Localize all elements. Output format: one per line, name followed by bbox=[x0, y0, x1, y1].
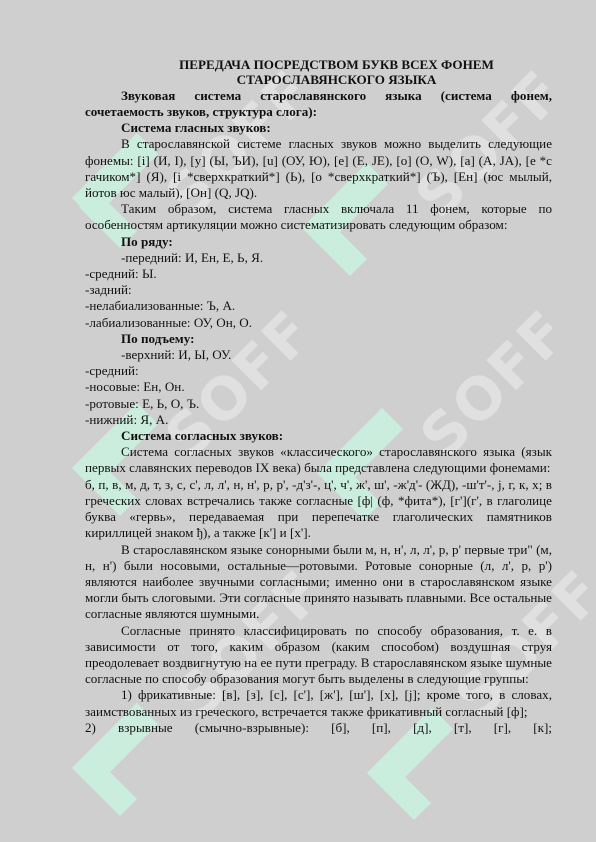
intro-heading: Звуковая система старославянского языка … bbox=[85, 88, 552, 120]
vowels-paragraph-1: В старославянской системе гласных звуков… bbox=[85, 136, 552, 201]
document-page: ПЕРЕДАЧА ПОСРЕДСТВОМ БУКВ ВСЕХ ФОНЕМ СТА… bbox=[85, 57, 552, 736]
by-rise-item: -нижний: Я, А. bbox=[85, 412, 552, 428]
by-row-item: -лабиализованные: ОУ, Он, О. bbox=[85, 315, 552, 331]
consonants-heading: Система согласных звуков: bbox=[85, 428, 552, 444]
consonants-paragraph-2: б, п, в, м, д, т, з, с, с', л, л', н, н'… bbox=[85, 477, 552, 542]
by-row-item: -нелабиализованные: Ъ, А. bbox=[85, 298, 552, 314]
consonant-group-1: 1) фрикативные: [в], [з], [с], [с'], [ж'… bbox=[85, 687, 552, 719]
by-row-item: -средний: Ы. bbox=[85, 266, 552, 282]
by-row-item: -передний: И, Ен, Е, Ь, Я. bbox=[85, 250, 552, 266]
vowels-paragraph-2: Таким образом, система гласных включала … bbox=[85, 201, 552, 233]
by-rise-heading: По подъему: bbox=[85, 331, 552, 347]
consonants-paragraph-3: В старославянском языке сонорными были м… bbox=[85, 542, 552, 623]
title-line-2: СТАРОСЛАВЯНСКОГО ЯЗЫКА bbox=[237, 72, 437, 87]
by-rise-item: -носовые: Ен, Он. bbox=[85, 379, 552, 395]
watermark-mark bbox=[373, 762, 431, 820]
consonant-group-2: 2) взрывные (смычно-взрывные): [б], [п],… bbox=[85, 720, 552, 736]
document-title: ПЕРЕДАЧА ПОСРЕДСТВОМ БУКВ ВСЕХ ФОНЕМ СТА… bbox=[85, 57, 552, 88]
consonants-paragraph-1: Система согласных звуков «классического»… bbox=[85, 444, 552, 476]
by-rise-item: -средний: bbox=[85, 363, 552, 379]
consonants-paragraph-4: Согласные принято классифицировать по сп… bbox=[85, 623, 552, 688]
watermark-mark bbox=[79, 758, 137, 816]
by-rise-item: -ротовые: Е, Ь, О, Ъ. bbox=[85, 396, 552, 412]
title-line-1: ПЕРЕДАЧА ПОСРЕДСТВОМ БУКВ ВСЕХ ФОНЕМ bbox=[179, 57, 494, 72]
vowels-heading: Система гласных звуков: bbox=[85, 120, 552, 136]
by-rise-item: -верхний: И, Ы, ОУ. bbox=[85, 347, 552, 363]
by-row-item: -задний: bbox=[85, 282, 552, 298]
by-row-heading: По ряду: bbox=[85, 234, 552, 250]
